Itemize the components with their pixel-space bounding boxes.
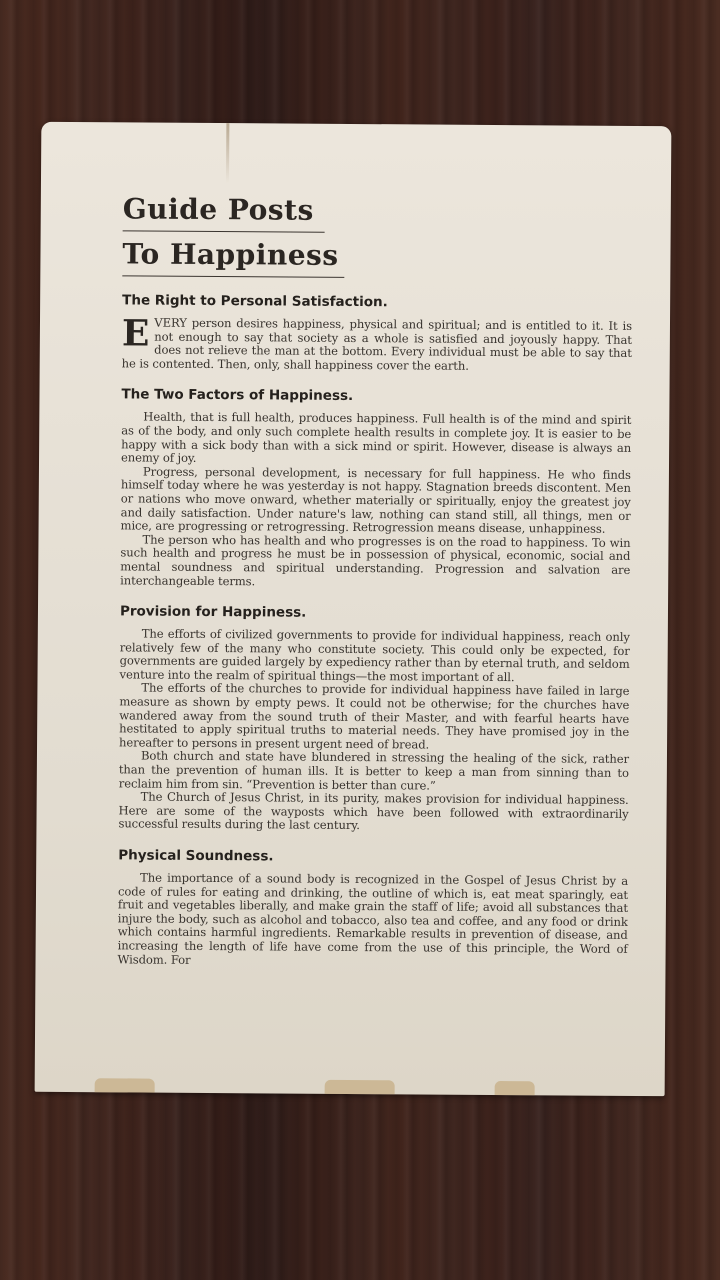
paragraph: The importance of a sound body is recogn… — [117, 871, 628, 970]
edge-stain — [325, 1080, 395, 1094]
title-line-1: Guide Posts — [123, 192, 633, 230]
title-line-2: To Happiness — [122, 237, 632, 275]
printed-leaflet: Guide Posts To Happiness The Right to Pe… — [35, 122, 672, 1096]
title-rule — [122, 275, 344, 278]
section-heading: The Right to Personal Satisfaction. — [122, 292, 632, 312]
paragraph: Progress, personal development, is neces… — [121, 465, 631, 537]
section-physical-soundness: Physical Soundness. The importance of a … — [117, 847, 628, 970]
paragraph: Both church and state have blundered in … — [119, 750, 629, 794]
paragraph: The efforts of civilized governments to … — [119, 627, 629, 685]
edge-stain — [95, 1078, 155, 1092]
paragraph: EVERY person desires happiness, physical… — [122, 316, 632, 374]
section-heading: The Two Factors of Happiness. — [121, 387, 631, 407]
edge-stain — [495, 1081, 535, 1095]
section-right-to-satisfaction: The Right to Personal Satisfaction. EVER… — [122, 292, 633, 374]
paragraph: The efforts of the churches to provide f… — [119, 682, 629, 754]
paragraph: The Church of Jesus Christ, in its purit… — [118, 791, 628, 835]
drop-cap: E — [122, 318, 150, 348]
paragraph: Health, that is full health, produces ha… — [121, 411, 631, 469]
document-body: Guide Posts To Happiness The Right to Pe… — [117, 192, 632, 970]
paragraph-text: VERY person desires happiness, physical … — [122, 316, 632, 373]
section-provision: Provision for Happiness. The efforts of … — [118, 603, 630, 834]
paper-tear — [226, 123, 229, 183]
section-two-factors: The Two Factors of Happiness. Health, th… — [120, 387, 631, 591]
section-heading: Physical Soundness. — [118, 847, 628, 867]
paragraph: The person who has health and who progre… — [120, 533, 630, 591]
title-rule — [123, 230, 325, 232]
section-heading: Provision for Happiness. — [120, 603, 630, 623]
